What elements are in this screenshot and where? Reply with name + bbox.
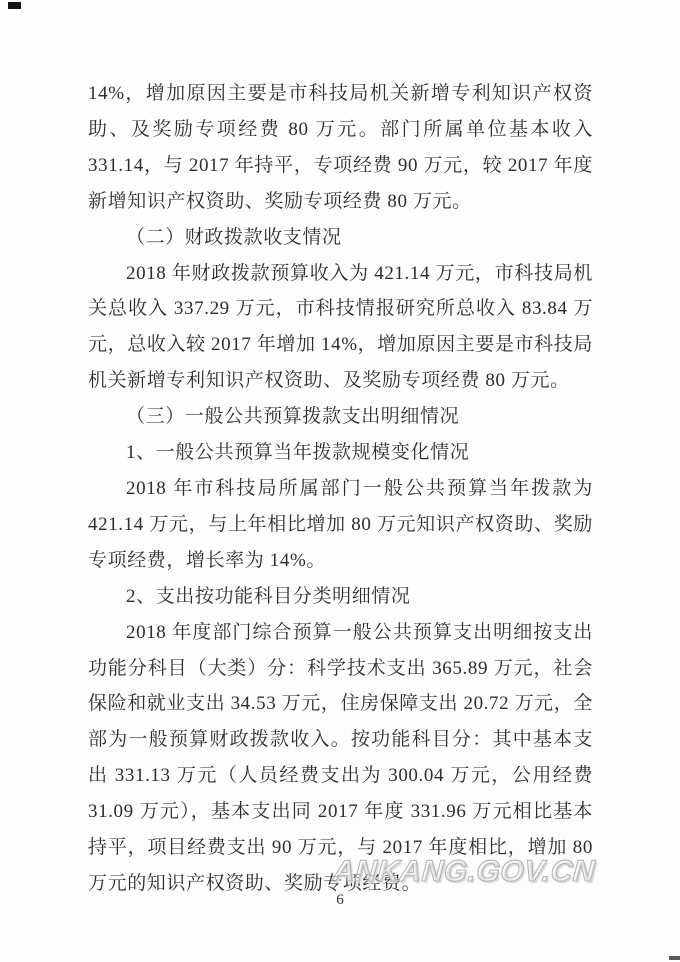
scan-artifact-top-left [8, 2, 21, 9]
document-page: 14%，增加原因主要是市科技局机关新增专利知识产权资助、及奖励专项经费 80 万… [0, 0, 680, 962]
document-body: 14%，增加原因主要是市科技局机关新增专利知识产权资助、及奖励专项经费 80 万… [88, 76, 593, 902]
section-heading-2: （二）财政拨款收支情况 [88, 220, 593, 256]
paragraph-fiscal-allocation: 2018 年财政拨款预算收入为 421.14 万元，市科技局机关总收入 337.… [88, 256, 593, 400]
subsection-heading-2: 2、支出按功能科目分类明细情况 [88, 579, 593, 615]
paragraph-budget-scale: 2018 年市科技局所属部门一般公共预算当年拨款为 421.14 万元，与上年相… [88, 471, 593, 579]
scan-artifact-bottom-right [669, 956, 680, 960]
paragraph-continuation: 14%，增加原因主要是市科技局机关新增专利知识产权资助、及奖励专项经费 80 万… [88, 76, 593, 220]
subsection-heading-1: 1、一般公共预算当年拨款规模变化情况 [88, 435, 593, 471]
section-heading-3: （三）一般公共预算拨款支出明细情况 [88, 399, 593, 435]
site-watermark: ANKANG.GOV.CN [332, 855, 596, 889]
page-number: 6 [0, 892, 680, 909]
